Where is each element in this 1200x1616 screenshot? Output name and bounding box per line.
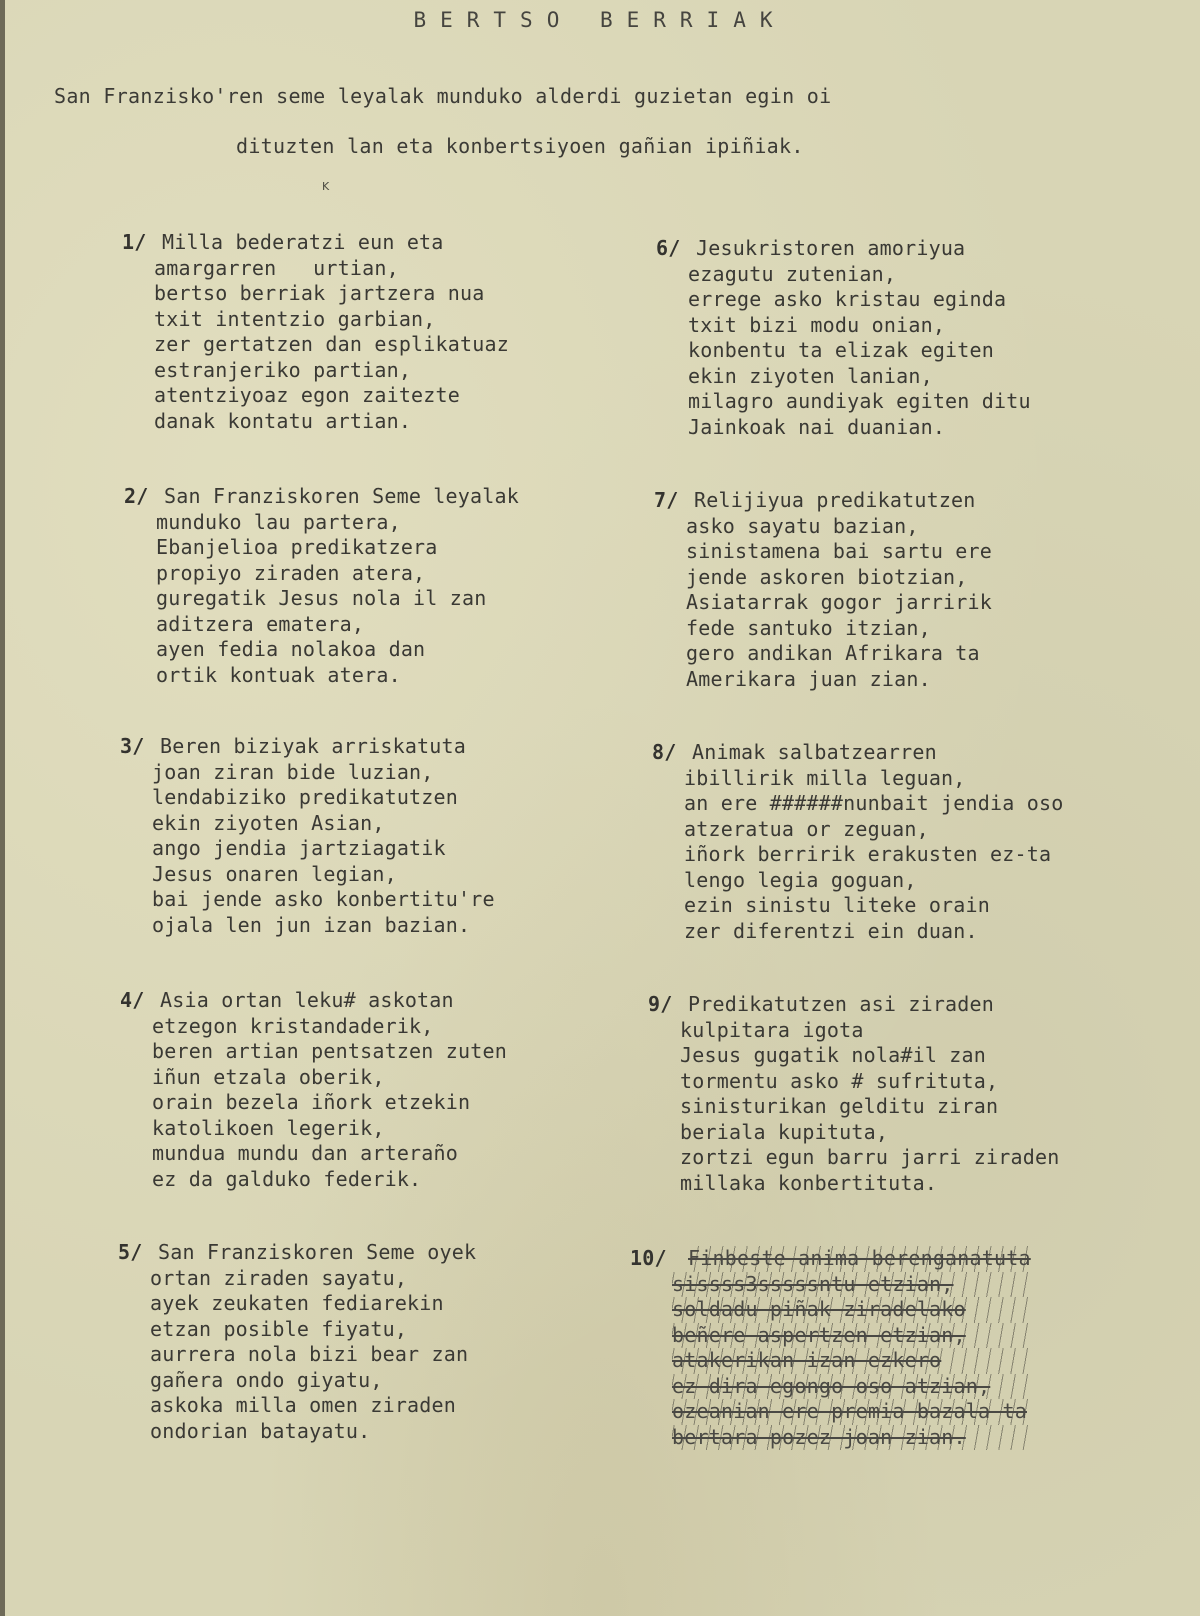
verse-1: 1/ Milla bederatzi eun eta amargarren ur… [122,230,509,434]
verse-line: San Franziskoren Seme oyek [118,1240,476,1266]
verse-line: ayen fedia nolakoa dan [124,637,519,663]
verse-line: Beren biziyak arriskatuta [120,734,495,760]
verse-line: Relijiyua predikatutzen [654,488,992,514]
verse-line: ondorian batayatu. [118,1419,476,1445]
verse-line: iñork berririk erakusten ez-ta [652,842,1063,868]
verse-line: jende askoren biotzian, [654,565,992,591]
verse-line: Jesus onaren legian, [120,862,495,888]
verse-line: bertso berriak jartzera nua [122,281,509,307]
verse-line: zer gertatzen dan esplikatuaz [122,332,509,358]
verse-line: katolikoen legerik, [120,1116,507,1142]
verse-line: ezin sinistu liteke orain [652,893,1063,919]
verse-line: Jesus gugatik nola#il zan [648,1043,1059,1069]
intro-line-1: San Franzisko'ren seme leyalak munduko a… [54,84,1154,108]
verse-6: 6/ Jesukristoren amoriyua ezagutu zuteni… [656,236,1031,440]
verse-line: zortzi egun barru jarri ziraden [648,1145,1059,1171]
verse-line: milagro aundiyak egiten ditu [656,389,1031,415]
verse-line: ango jendia jartziagatik [120,836,495,862]
verse-line: gañera ondo giyatu, [118,1368,476,1394]
verse-number: 5/ [118,1240,142,1266]
verse-4: 4/ Asia ortan leku# askotan etzegon kris… [120,988,507,1192]
verse-9: 9/ Predikatutzen asi ziraden kulpitara i… [648,992,1059,1196]
verse-line: mundua mundu dan arteraño [120,1141,507,1167]
verse-line: millaka konbertituta. [648,1171,1059,1197]
verse-line: sinistamena bai sartu ere [654,539,992,565]
verse-7: 7/ Relijiyua predikatutzen asko sayatu b… [654,488,992,692]
verse-line: amargarren urtian, [122,256,509,282]
verse-2: 2/ San Franziskoren Seme leyalak munduko… [124,484,519,688]
verse-line: joan ziran bide luzian, [120,760,495,786]
verse-number: 1/ [122,230,146,256]
struck-verse-line: ez dira egongo oso atzian, [630,1374,1031,1400]
verse-line: txit bizi modu onian, [656,313,1031,339]
verse-line: etzegon kristandaderik, [120,1014,507,1040]
verse-line: Animak salbatzearren [652,740,1063,766]
verse-line: beriala kupituta, [648,1120,1059,1146]
verse-line: an ere ######nunbait jendia oso [652,791,1063,817]
paper-edge [0,0,5,1616]
verse-line: Jainkoak nai duanian. [656,415,1031,441]
verse-line: gero andikan Afrikara ta [654,641,992,667]
verse-line: tormentu asko # sufrituta, [648,1069,1059,1095]
verse-line: Asia ortan leku# askotan [120,988,507,1014]
verse-line: atentziyoaz egon zaitezte [122,383,509,409]
verse-10-struck-out: 10/ Finbeste anima berenganatuta sissss3… [630,1246,1031,1450]
verse-line: Milla bederatzi eun eta [122,230,509,256]
verse-3: 3/ Beren biziyak arriskatuta joan ziran … [120,734,495,938]
verse-line: ez da galduko federik. [120,1167,507,1193]
verse-line: ekin ziyoten lanian, [656,364,1031,390]
verse-line: etzan posible fiyatu, [118,1317,476,1343]
verse-line: aurrera nola bizi bear zan [118,1342,476,1368]
verse-line: orain bezela iñork etzekin [120,1090,507,1116]
verse-line: San Franziskoren Seme leyalak [124,484,519,510]
verse-line: beren artian pentsatzen zuten [120,1039,507,1065]
verse-line: ortik kontuak atera. [124,663,519,689]
verse-line: aditzera ematera, [124,612,519,638]
verse-line: zer diferentzi ein duan. [652,919,1063,945]
verse-number: 4/ [120,988,144,1014]
verse-line: ortan ziraden sayatu, [118,1266,476,1292]
verse-line: ekin ziyoten Asian, [120,811,495,837]
verse-line: iñun etzala oberik, [120,1065,507,1091]
verse-line: sinisturikan gelditu ziran [648,1094,1059,1120]
struck-verse-line: atakerikan izan ezkero [630,1348,1031,1374]
document-title: BERTSO BERRIAK [0,8,1200,32]
struck-verse-line: soldadu piñak ziradelako [630,1297,1031,1323]
verse-line: asko sayatu bazian, [654,514,992,540]
struck-verse-line: bertara pozez joan zian. [630,1425,1031,1451]
verse-line: guregatik Jesus nola il zan [124,586,519,612]
verse-number: 9/ [648,992,672,1018]
verse-5: 5/ San Franziskoren Seme oyek ortan zira… [118,1240,476,1444]
verse-line: errege asko kristau eginda [656,287,1031,313]
verse-line: ezagutu zutenian, [656,262,1031,288]
verse-8: 8/ Animak salbatzearren ibillirik milla … [652,740,1063,944]
verse-line: estranjeriko partian, [122,358,509,384]
struck-verse-line: sissss3sssssntu etzian, [630,1272,1031,1298]
intro-line-2: dituzten lan eta konbertsiyoen gañian ip… [236,134,1200,158]
struck-verse-line: ozeanian ere premia bazala ta [630,1399,1031,1425]
verse-number: 3/ [120,734,144,760]
verse-line: kulpitara igota [648,1018,1059,1044]
verse-line: konbentu ta elizak egiten [656,338,1031,364]
verse-line: ibillirik milla leguan, [652,766,1063,792]
struck-verse-line: beñere aspertzen etzian, [630,1323,1031,1349]
verse-line: lengo legia goguan, [652,868,1063,894]
verse-line: lendabiziko predikatutzen [120,785,495,811]
verse-line: fede santuko itzian, [654,616,992,642]
handwritten-mark: K [322,180,329,193]
verse-line: Amerikara juan zian. [654,667,992,693]
verse-line: ojala len jun izan bazian. [120,913,495,939]
verse-line: txit intentzio garbian, [122,307,509,333]
verse-line: danak kontatu artian. [122,409,509,435]
verse-line: Predikatutzen asi ziraden [648,992,1059,1018]
struck-verse-line: Finbeste anima berenganatuta [630,1246,1031,1272]
verse-number: 10/ [630,1246,667,1272]
verse-line: ayek zeukaten fediarekin [118,1291,476,1317]
verse-number: 6/ [656,236,680,262]
verse-number: 8/ [652,740,676,766]
verse-line: munduko lau partera, [124,510,519,536]
verse-line: bai jende asko konbertitu're [120,887,495,913]
verse-line: propiyo ziraden atera, [124,561,519,587]
verse-line: askoka milla omen ziraden [118,1393,476,1419]
verse-line: Jesukristoren amoriyua [656,236,1031,262]
verse-line: Ebanjelioa predikatzera [124,535,519,561]
verse-number: 2/ [124,484,148,510]
verse-line: atzeratua or zeguan, [652,817,1063,843]
verse-line: Asiatarrak gogor jarririk [654,590,992,616]
verse-number: 7/ [654,488,678,514]
